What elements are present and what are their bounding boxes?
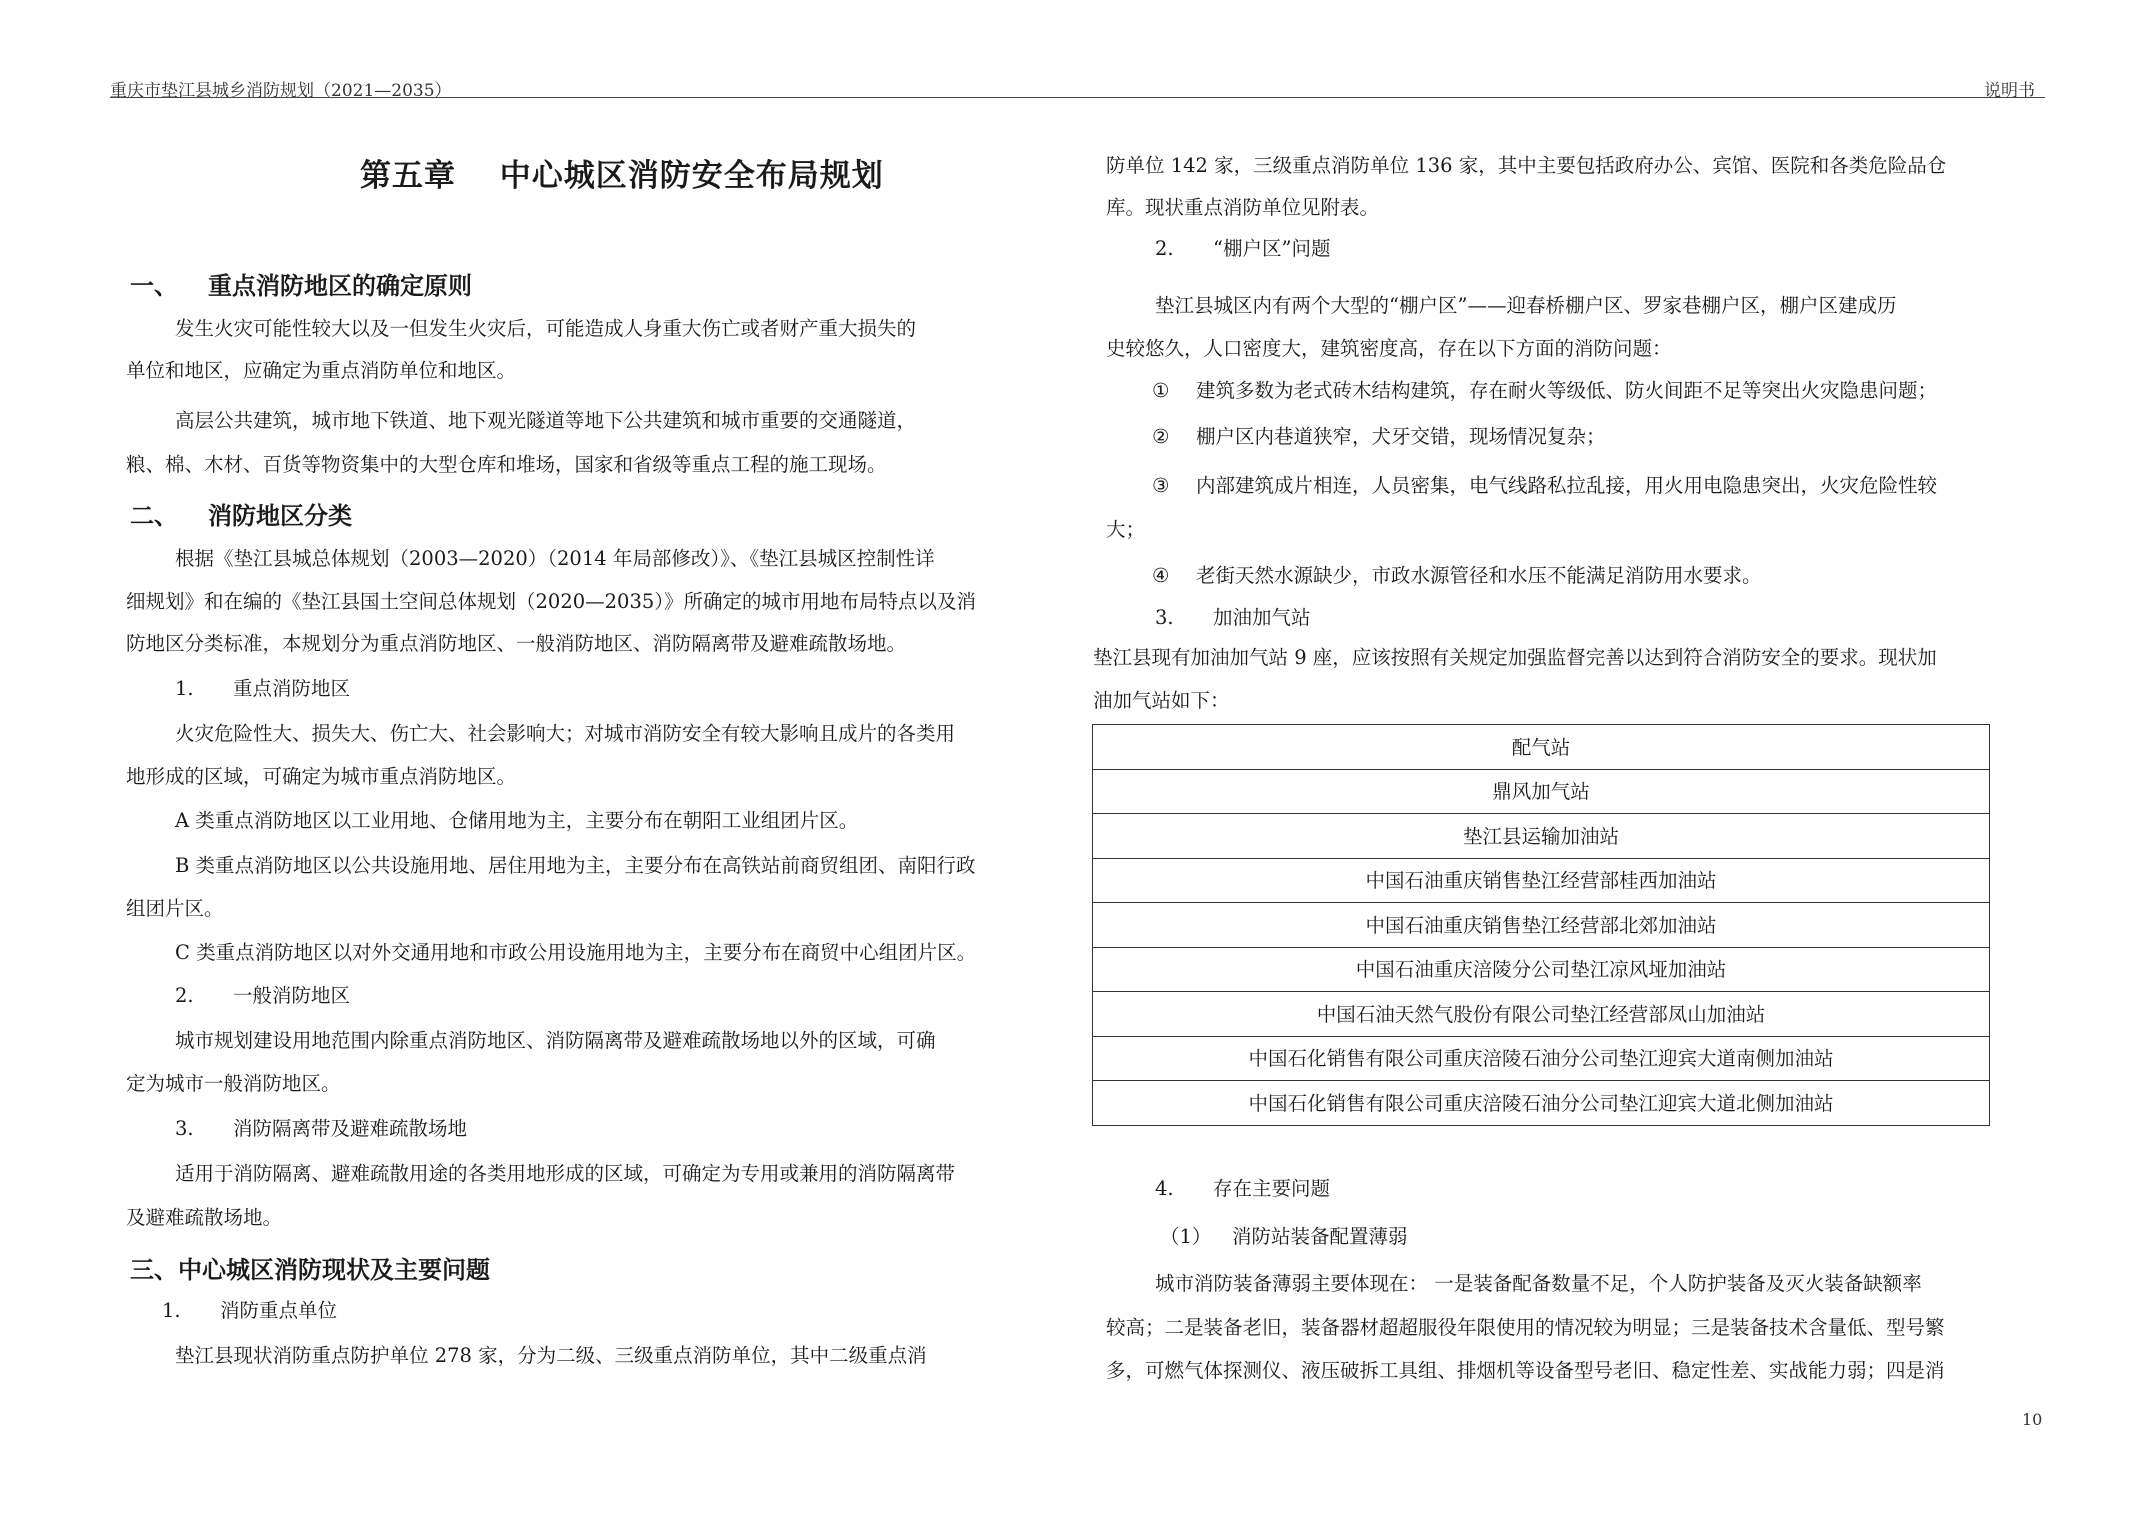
table-cell: 中国石油重庆销售垫江经营部北郊加油站 [1093, 903, 1990, 948]
paragraph: 发生火灾可能性较大以及一但发生火灾后，可能造成人身重大伤亡或者财产重大损失的 [175, 308, 916, 350]
paragraph: 防单位 142 家，三级重点消防单位 136 家，其中主要包括政府办公、宾馆、医… [1106, 145, 1946, 187]
paragraph: 粮、棉、木材、百货等物资集中的大型仓库和堆场，国家和省级等重点工程的施工现场。 [126, 444, 887, 486]
table-row: 中国石油天然气股份有限公司垫江经营部凤山加油站 [1093, 992, 1990, 1037]
paragraph: C 类重点消防地区以对外交通用地和市政公用设施用地为主，主要分布在商贸中心组团片… [175, 932, 976, 974]
table-row: 鼎风加气站 [1093, 769, 1990, 814]
issue-item: ④老街天然水源缺少，市政水源管径和水压不能满足消防用水要求。 [1152, 555, 1762, 597]
subsection-heading: 1.重点消防地区 [175, 668, 350, 710]
paragraph: 适用于消防隔离、避难疏散用途的各类用地形成的区域，可确定为专用或兼用的消防隔离带 [175, 1153, 955, 1195]
section-1-title: 重点消防地区的确定原则 [208, 272, 472, 300]
paragraph: 史较悠久，人口密度大，建筑密度高，存在以下方面的消防问题： [1106, 328, 1672, 370]
table-cell: 配气站 [1093, 725, 1990, 770]
table-row: 垫江县运输加油站 [1093, 814, 1990, 859]
subsection-heading: 4.存在主要问题 [1155, 1168, 1330, 1210]
paragraph: 防地区分类标准，本规划分为重点消防地区、一般消防地区、消防隔离带及避难疏散场地。 [126, 623, 906, 665]
section-2-number: 二、 [130, 496, 208, 531]
subsection-heading: 3.消防隔离带及避难疏散场地 [175, 1108, 467, 1150]
paragraph: 定为城市一般消防地区。 [126, 1063, 341, 1105]
paragraph: B 类重点消防地区以公共设施用地、居住用地为主，主要分布在高铁站前商贸组团、南阳… [175, 845, 976, 887]
chapter-title: 第五章 中心城区消防安全布局规划 [360, 150, 884, 195]
table-cell: 中国石化销售有限公司重庆涪陵石油分公司垫江迎宾大道北侧加油站 [1093, 1081, 1990, 1126]
table-row: 中国石化销售有限公司重庆涪陵石油分公司垫江迎宾大道南侧加油站 [1093, 1036, 1990, 1081]
table-cell: 中国石油重庆销售垫江经营部桂西加油站 [1093, 858, 1990, 903]
paragraph: 高层公共建筑，城市地下铁道、地下观光隧道等地下公共建筑和城市重要的交通隧道， [175, 400, 916, 442]
subsection-heading: 2.“棚户区”问题 [1155, 228, 1330, 270]
paragraph: 垫江县现状消防重点防护单位 278 家，分为二级、三级重点消防单位，其中二级重点… [175, 1335, 927, 1377]
paragraph: 垫江县现有加油加气站 9 座，应该按照有关规定加强监督完善以达到符合消防安全的要… [1093, 637, 1937, 679]
section-2-title: 消防地区分类 [208, 502, 352, 530]
table-row: 中国石化销售有限公司重庆涪陵石油分公司垫江迎宾大道北侧加油站 [1093, 1081, 1990, 1126]
table-row: 中国石油重庆销售垫江经营部桂西加油站 [1093, 858, 1990, 903]
table-row: 中国石油重庆涪陵分公司垫江凉风垭加油站 [1093, 947, 1990, 992]
sub-subsection-heading: （1）消防站装备配置薄弱 [1160, 1216, 1408, 1258]
paragraph: 及避难疏散场地。 [126, 1197, 282, 1239]
paragraph: 根据《垫江县城总体规划（2003—2020）（2014 年局部修改）》、《垫江县… [175, 538, 935, 580]
subsection-heading: 2.一般消防地区 [175, 975, 350, 1017]
table-row: 中国石油重庆销售垫江经营部北郊加油站 [1093, 903, 1990, 948]
table-cell: 中国石油天然气股份有限公司垫江经营部凤山加油站 [1093, 992, 1990, 1037]
table-cell: 垫江县运输加油站 [1093, 814, 1990, 859]
page-number: 10 [2022, 1410, 2042, 1429]
table-cell: 中国石化销售有限公司重庆涪陵石油分公司垫江迎宾大道南侧加油站 [1093, 1036, 1990, 1081]
paragraph: 较高；二是装备老旧，装备器材超超服役年限使用的情况较为明显；三是装备技术含量低、… [1106, 1307, 1945, 1349]
table-cell: 鼎风加气站 [1093, 769, 1990, 814]
paragraph: 细规划》和在编的《垫江县国土空间总体规划（2020—2035）》所确定的城市用地… [126, 581, 976, 623]
table-row: 配气站 [1093, 725, 1990, 770]
issue-item: ③内部建筑成片相连，人员密集，电气线路私拉乱接，用火用电隐患突出，火灾危险性较 [1152, 465, 1937, 507]
issue-item-continuation: 大； [1106, 509, 1145, 551]
paragraph: 地形成的区域，可确定为城市重点消防地区。 [126, 756, 516, 798]
paragraph: 组团片区。 [126, 888, 224, 930]
header-divider [110, 97, 2045, 98]
paragraph: 城市消防装备薄弱主要体现在： 一是装备配备数量不足，个人防护装备及灭火装备缺额率 [1155, 1263, 1922, 1305]
paragraph: 库。现状重点消防单位见附表。 [1106, 187, 1379, 229]
issue-item: ②棚户区内巷道狭窄，犬牙交错，现场情况复杂； [1152, 416, 1606, 458]
paragraph: 垫江县城区内有两个大型的“棚户区”——迎春桥棚户区、罗家巷棚户区，棚户区建成历 [1155, 285, 1896, 327]
subsection-heading: 3.加油加气站 [1155, 597, 1311, 639]
paragraph: 油加气站如下： [1093, 680, 1230, 722]
section-3-heading: 三、中心城区消防现状及主要问题 [130, 1250, 490, 1285]
section-1-heading: 一、重点消防地区的确定原则 [130, 266, 472, 301]
paragraph: 火灾危险性大、损失大、伤亡大、社会影响大；对城市消防安全有较大影响且成片的各类用 [175, 713, 955, 755]
paragraph: A 类重点消防地区以工业用地、仓储用地为主，主要分布在朝阳工业组团片区。 [175, 800, 858, 842]
paragraph: 单位和地区，应确定为重点消防单位和地区。 [126, 350, 516, 392]
issue-item: ①建筑多数为老式砖木结构建筑，存在耐火等级低、防火间距不足等突出火灾隐患问题； [1152, 370, 1937, 412]
section-1-number: 一、 [130, 266, 208, 301]
paragraph: 多，可燃气体探测仪、液压破拆工具组、排烟机等设备型号老旧、稳定性差、实战能力弱；… [1106, 1350, 1945, 1392]
table-cell: 中国石油重庆涪陵分公司垫江凉风垭加油站 [1093, 947, 1990, 992]
gas-station-table: 配气站 鼎风加气站 垫江县运输加油站 中国石油重庆销售垫江经营部桂西加油站 中国… [1092, 724, 1990, 1126]
subsection-heading: 1.消防重点单位 [162, 1290, 337, 1332]
section-2-heading: 二、消防地区分类 [130, 496, 352, 531]
paragraph: 城市规划建设用地范围内除重点消防地区、消防隔离带及避难疏散场地以外的区域，可确 [175, 1020, 936, 1062]
